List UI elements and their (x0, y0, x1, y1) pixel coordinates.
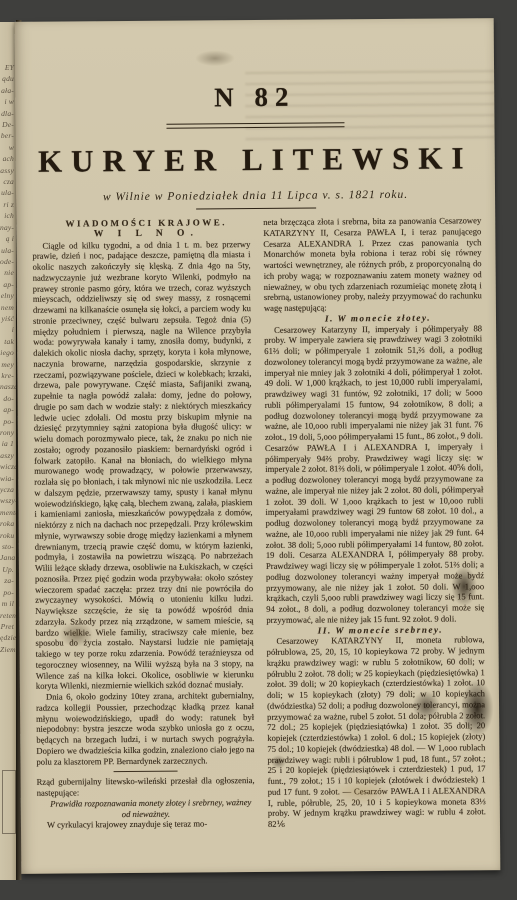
newspaper-page: N 82 KURYER LITEWSKI w Wilnie w Poniedzi… (15, 18, 501, 874)
dateline: w Wilnie w Poniedziałek dnia 11 Lipca v.… (16, 188, 495, 204)
flood-report-paragraph: Ciągle od kilku tygodni, a od dnia 1 t. … (32, 239, 254, 692)
double-rule (166, 122, 344, 128)
gold-coin-paragraph: Cesarzowey Katarzyny II, imperyały i pół… (264, 323, 484, 626)
drowning-report-paragraph: Dnia 6, około godziny 10tey zrana, archi… (36, 690, 255, 767)
newspaper-title: KURYER LITEWSKI (16, 140, 495, 180)
circulation-paragraph-start: W cyrkulacyi krajowey znayduje się teraz… (37, 818, 255, 830)
issue-number: N 82 (15, 18, 495, 115)
adjacent-page-edge: EY ądu ała- i w dla- De- ber- w ach assy… (0, 22, 16, 880)
government-notice-intro: Rząd gubernijalny litewsko-wileński prze… (37, 775, 255, 798)
section-heading: WIADOMOŚCI KRAJOWE. (32, 217, 250, 229)
silver-coin-paragraph: Cesarzowey KATARZYNY II, moneta rublowa,… (266, 634, 486, 829)
news-column-left: WIADOMOŚCI KRAJOWE. W I L N O. Ciągle od… (32, 217, 255, 831)
news-column-right: neta brzęcząca złota i srebrna, bita za … (263, 215, 486, 829)
coin-rules-title: Prawidła rozpoznawania monety złotey i s… (37, 797, 255, 820)
scan-backdrop: { "masthead": { "issue_number": "N 82", … (0, 0, 517, 900)
adjacent-page-stamp-box (2, 770, 16, 834)
separator-rule (114, 771, 178, 773)
circulation-paragraph-continued: neta brzęcząca złota i srebrna, bita za … (263, 215, 482, 313)
article-columns: WIADOMOŚCI KRAJOWE. W I L N O. Ciągle od… (16, 207, 500, 831)
adjacent-page-text-fragments: EY ądu ała- i w dla- De- ber- w ach assy… (0, 62, 14, 655)
masthead: N 82 KURYER LITEWSKI w Wilnie w Poniedzi… (15, 18, 495, 211)
